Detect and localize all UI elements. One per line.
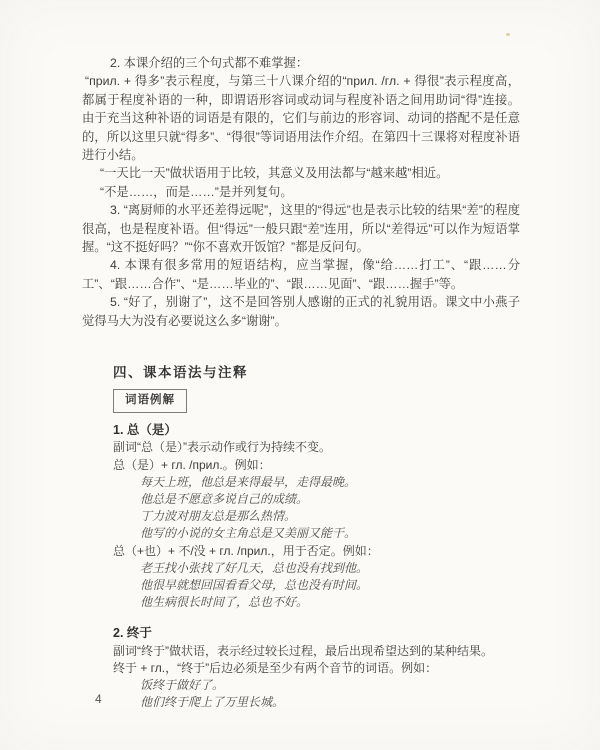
grammar-item-1-pattern-negative: 总（+也）+ 不/没 + гл. /прил.，用于否定。例如： (113, 543, 520, 560)
note-paragraph-3: 3. “离厨师的水平还差得远呢”，这里的“得远”也是表示比较的结果“差”的程度很… (82, 201, 520, 256)
example-sentence: 他总是不愿意多说自己的成绩。 (140, 491, 520, 508)
example-sentence: 他写的小说的女主角总是又美丽又能干。 (140, 525, 520, 542)
note-paragraph-2-intro: 2. 本课介绍的三个句式都不难掌握： (82, 54, 520, 72)
note-paragraph-2-body: “прил. + 得多”表示程度，与第三十八课介绍的“прил. /гл. + … (82, 72, 520, 164)
note-paragraph-5: 5. “好了，别谢了”，这不是回答别人感谢的正式的礼貌用语。课文中小燕子觉得马大… (82, 293, 520, 330)
grammar-item-1-title: 1. 总（是） (113, 422, 520, 439)
grammar-item-1-pattern-affirmative: 总（是）+ гл. /прил.。例如： (113, 457, 520, 474)
scan-speck (506, 33, 510, 36)
grammar-section: 四、课本语法与注释 词语例解 1. 总（是） 副词“总（是）”表示动作或行为持续… (113, 364, 520, 711)
page-number: 4 (95, 692, 102, 706)
example-sentence: 他生病很长时间了，总也不好。 (140, 594, 520, 611)
word-usage-label-box: 词语例解 (113, 389, 187, 413)
example-sentence: 老王找小张找了好几天，总也没有找到他。 (140, 560, 520, 577)
example-sentence: 每天上班，他总是来得最早，走得最晚。 (140, 474, 520, 491)
example-sentence: 丁力波对朋友总是那么热情。 (140, 508, 520, 525)
example-sentence: 他很早就想回国看看父母，总也没有时间。 (140, 577, 520, 594)
note-paragraph-2-remark-2: “不是……，而是……”是并列复句。 (82, 183, 520, 201)
textbook-page: 2. 本课介绍的三个句式都不难掌握： “прил. + 得多”表示程度，与第三十… (0, 0, 600, 750)
lesson-notes-block: 2. 本课介绍的三个句式都不难掌握： “прил. + 得多”表示程度，与第三十… (82, 54, 520, 330)
example-sentence: 他们终于爬上了万里长城。 (140, 694, 520, 711)
note-paragraph-2-remark-1: “一天比一天”做状语用于比较，其意义及用法都与“越来越”相近。 (82, 164, 520, 182)
grammar-item-2-desc: 副词“终于”做状语，表示经过较长过程，最后出现希望达到的某种结果。 (113, 643, 520, 660)
grammar-item-1-desc: 副词“总（是）”表示动作或行为持续不变。 (113, 439, 520, 456)
grammar-item-1: 1. 总（是） 副词“总（是）”表示动作或行为持续不变。 总（是）+ гл. /… (113, 422, 520, 611)
grammar-item-2-title: 2. 终于 (113, 625, 520, 642)
note-paragraph-4: 4. 本课有很多常用的短语结构，应当掌握，像“给……打工”、“跟……分工”、“跟… (82, 256, 520, 293)
section-heading: 四、课本语法与注释 (113, 364, 520, 382)
example-sentence: 饭终于做好了。 (140, 677, 520, 694)
grammar-item-2-pattern: 终于 + гл.，“终于”后边必须是至少有两个音节的词语。例如： (113, 660, 520, 677)
grammar-item-2: 2. 终于 副词“终于”做状语，表示经过较长过程，最后出现希望达到的某种结果。 … (113, 625, 520, 711)
